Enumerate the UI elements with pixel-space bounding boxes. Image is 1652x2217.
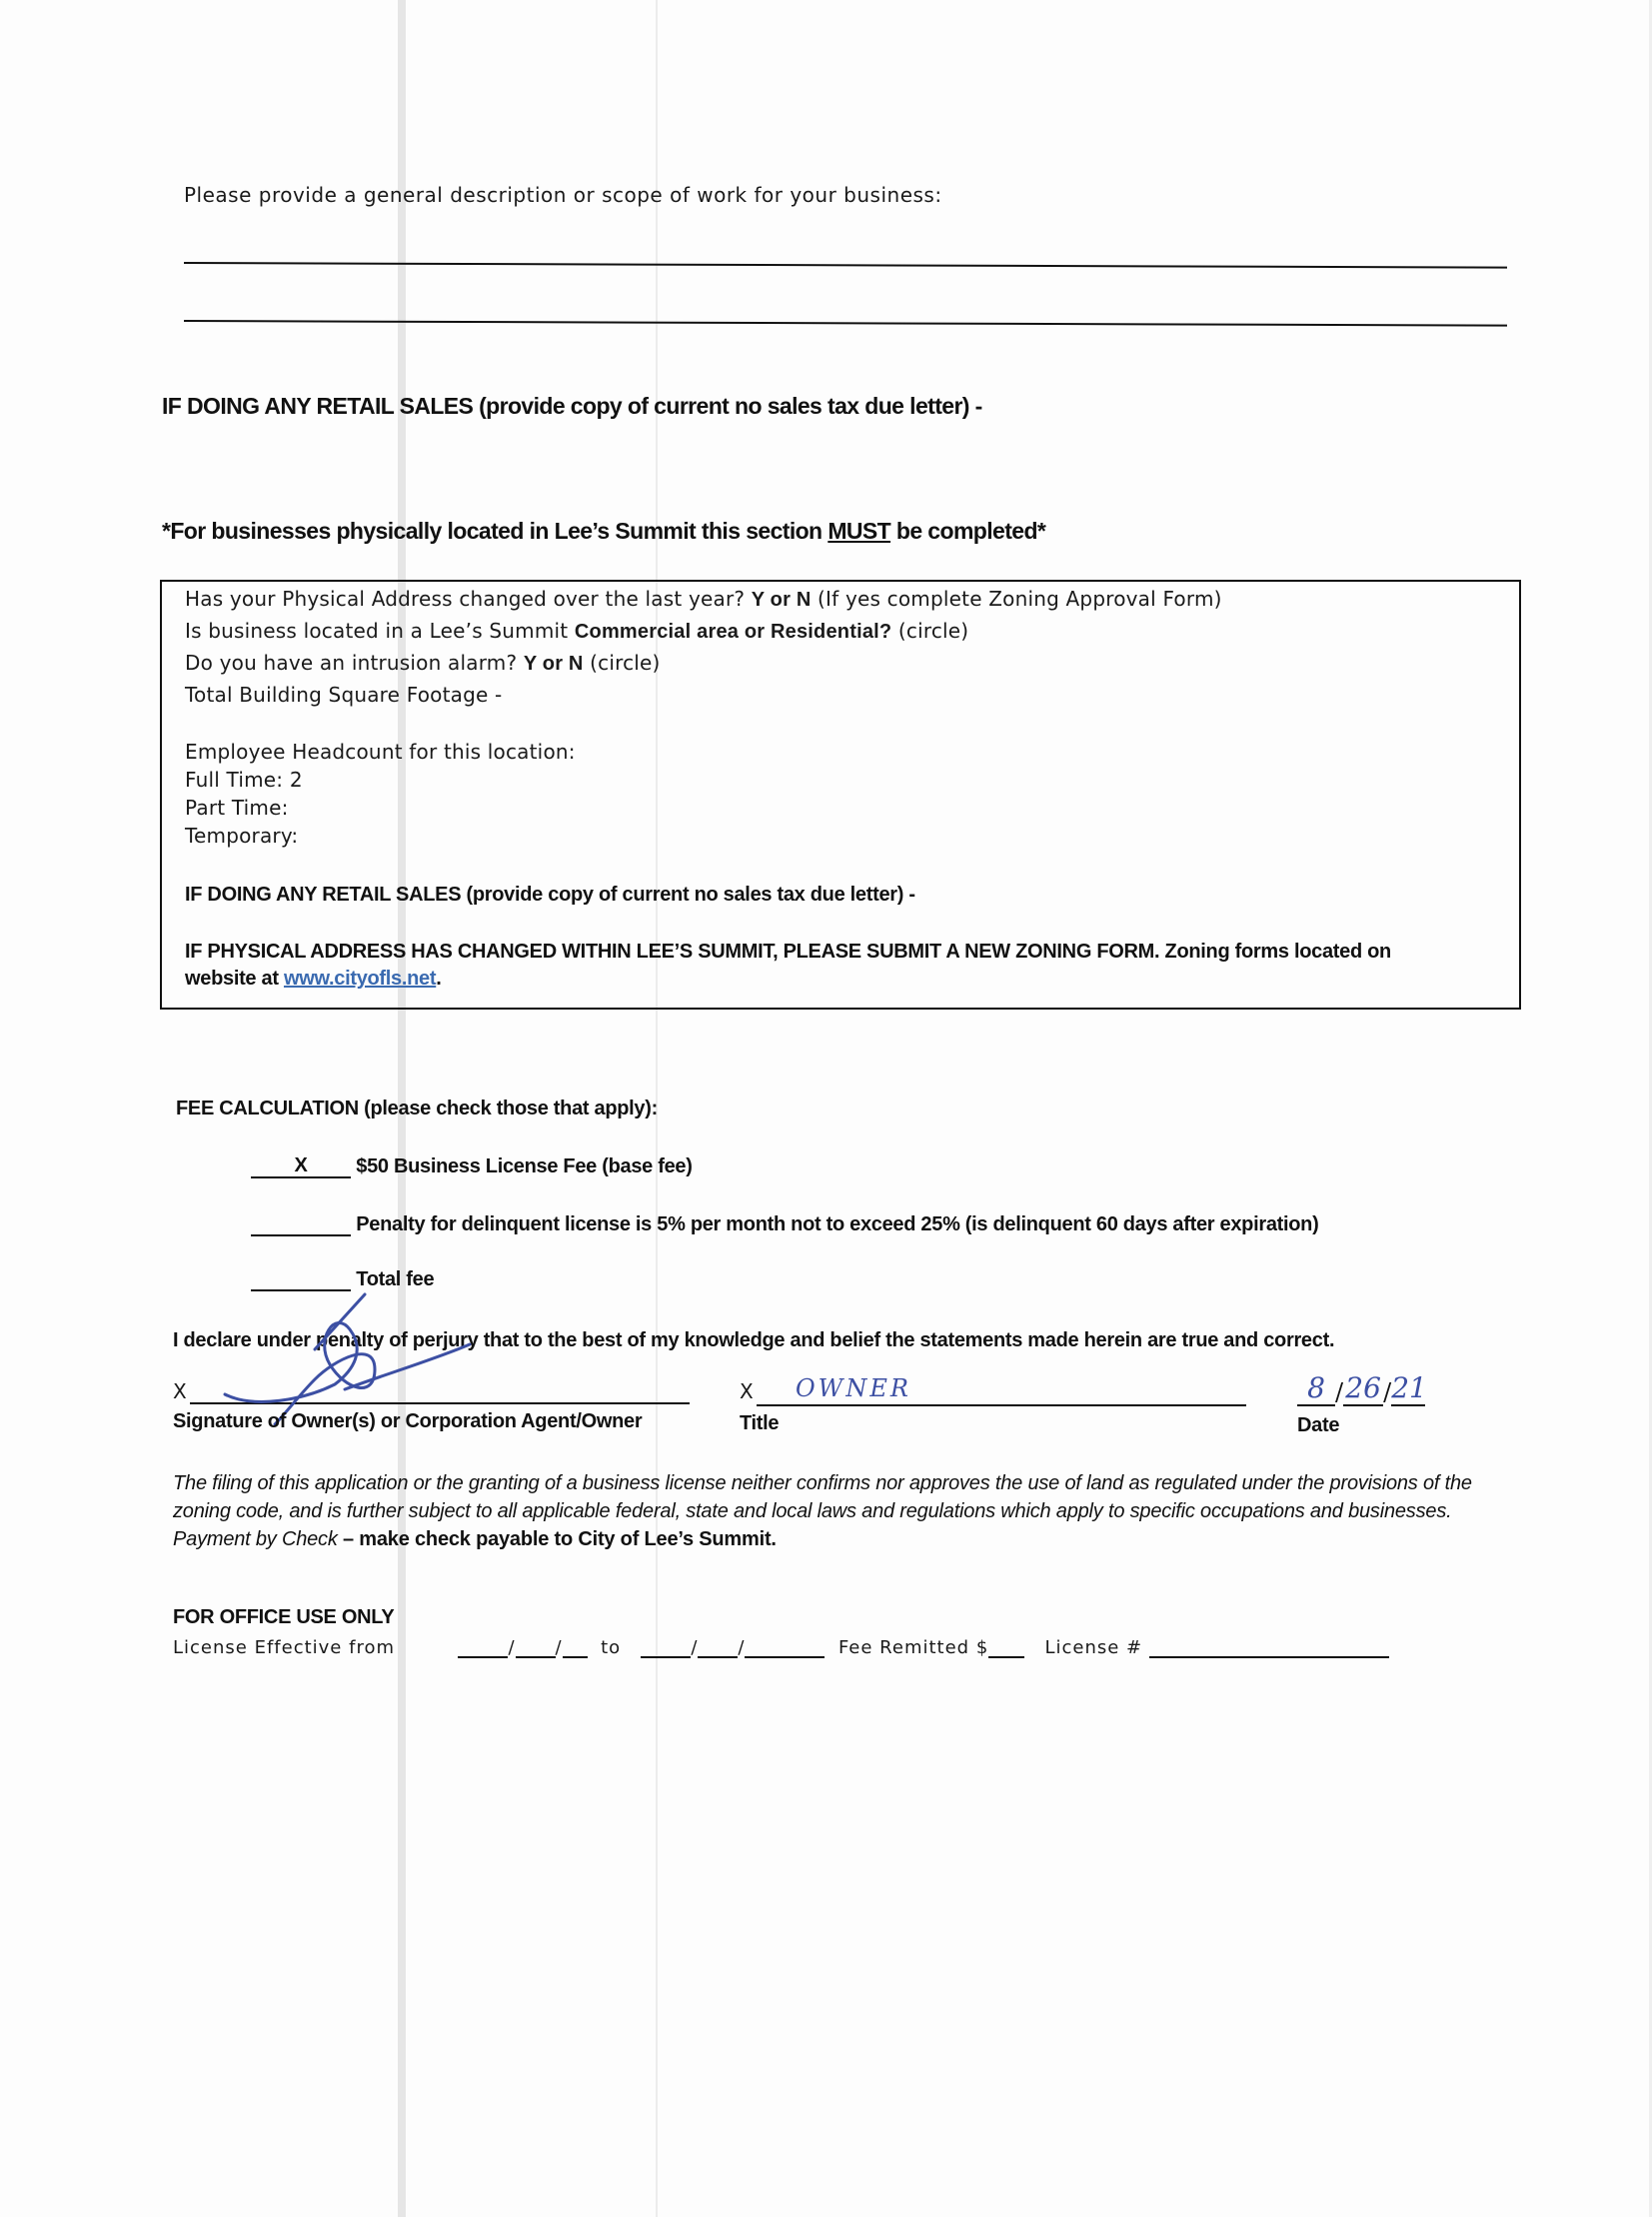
- must-emphasis: MUST: [827, 518, 890, 544]
- square-footage-label: Total Building Square Footage -: [185, 683, 502, 707]
- physical-section-heading: *For businesses physically located in Le…: [162, 518, 1045, 545]
- question-text: Do you have an intrusion alarm?: [185, 651, 524, 675]
- signature-x: X: [173, 1379, 187, 1403]
- office-use-heading: FOR OFFICE USE ONLY: [173, 1606, 394, 1629]
- full-time-field[interactable]: Full Time: 2: [185, 768, 303, 792]
- heading-text: *For businesses physically located in Le…: [162, 518, 827, 544]
- signature-label: Signature of Owner(s) or Corporation Age…: [173, 1410, 642, 1433]
- alarm-question: Do you have an intrusion alarm? Y or N (…: [185, 651, 661, 676]
- date-field[interactable]: 8 / 26 / 21: [1297, 1371, 1425, 1406]
- box-retail-note: IF DOING ANY RETAIL SALES (provide copy …: [185, 884, 915, 907]
- to-day[interactable]: [698, 1638, 738, 1658]
- fee-checkbox-base[interactable]: X: [251, 1154, 351, 1178]
- heading-text: be completed*: [890, 518, 1045, 544]
- location-type-options[interactable]: Commercial area or Residential?: [575, 621, 891, 643]
- full-time-label: Full Time:: [185, 768, 290, 792]
- title-label: Title: [740, 1412, 779, 1435]
- scope-line-2[interactable]: [184, 320, 1507, 327]
- date-year[interactable]: 21: [1391, 1371, 1425, 1406]
- fee-label: $50 Business License Fee (base fee): [356, 1155, 692, 1177]
- fee-label: Penalty for delinquent license is 5% per…: [356, 1213, 1318, 1235]
- from-day[interactable]: [516, 1638, 556, 1658]
- part-time-field[interactable]: Part Time:: [185, 796, 289, 820]
- date-label: Date: [1297, 1414, 1339, 1437]
- date-separator: /: [1383, 1378, 1391, 1406]
- office-use-row: License Effective from // to // Fee Remi…: [173, 1637, 1389, 1658]
- fee-checkbox-total[interactable]: [251, 1267, 351, 1291]
- to-month[interactable]: [641, 1638, 691, 1658]
- zoning-note-website: website at www.cityofls.net.: [185, 968, 442, 991]
- separator: /: [691, 1637, 698, 1658]
- separator: /: [738, 1637, 745, 1658]
- alarm-options[interactable]: Y or N: [524, 653, 584, 675]
- to-label: to: [601, 1637, 621, 1658]
- temporary-field[interactable]: Temporary:: [185, 824, 298, 848]
- full-time-value[interactable]: 2: [290, 768, 303, 792]
- square-footage-field[interactable]: Total Building Square Footage -: [185, 683, 502, 707]
- disclaimer: The filing of this application or the gr…: [173, 1469, 1492, 1553]
- fee-item-total: Total fee: [251, 1267, 434, 1291]
- temporary-label: Temporary:: [185, 824, 298, 848]
- address-changed-options[interactable]: Y or N: [752, 589, 812, 611]
- license-number-label: License #: [1044, 1637, 1142, 1658]
- zoning-note: IF PHYSICAL ADDRESS HAS CHANGED WITHIN L…: [185, 941, 1391, 964]
- address-changed-question: Has your Physical Address changed over t…: [185, 587, 1222, 612]
- scope-line-1[interactable]: [184, 262, 1507, 269]
- note-text: (If yes complete Zoning Approval Form): [812, 587, 1222, 611]
- separator: /: [508, 1637, 515, 1658]
- question-text: Has your Physical Address changed over t…: [185, 587, 752, 611]
- cityofls-link[interactable]: www.cityofls.net: [284, 968, 436, 990]
- location-type-question: Is business located in a Lee’s Summit Co…: [185, 619, 968, 644]
- website-prefix: website at: [185, 968, 284, 990]
- note-text: (circle): [891, 619, 968, 643]
- fee-item-penalty: Penalty for delinquent license is 5% per…: [251, 1212, 1318, 1236]
- title-line[interactable]: [757, 1404, 1246, 1406]
- separator: /: [556, 1637, 563, 1658]
- date-month[interactable]: 8: [1297, 1371, 1335, 1406]
- fee-checkbox-penalty[interactable]: [251, 1212, 351, 1236]
- date-day[interactable]: 26: [1343, 1371, 1383, 1406]
- fee-label: Total fee: [356, 1268, 434, 1290]
- to-year[interactable]: [745, 1638, 825, 1658]
- fee-item-base: X $50 Business License Fee (base fee): [251, 1154, 693, 1178]
- effective-label: License Effective from: [173, 1637, 395, 1658]
- question-text: Is business located in a Lee’s Summit: [185, 619, 575, 643]
- fee-calculation-heading: FEE CALCULATION (please check those that…: [176, 1098, 658, 1120]
- title-x: X: [740, 1379, 754, 1403]
- retail-heading: IF DOING ANY RETAIL SALES (provide copy …: [162, 393, 982, 420]
- headcount-title: Employee Headcount for this location:: [185, 740, 576, 764]
- part-time-label: Part Time:: [185, 796, 289, 820]
- from-year[interactable]: [563, 1638, 588, 1658]
- title-value[interactable]: OWNER: [796, 1374, 911, 1402]
- payment-instructions: – make check payable to City of Lee’s Su…: [343, 1528, 777, 1550]
- fee-remitted-field[interactable]: [988, 1638, 1024, 1658]
- fee-remitted-label: Fee Remitted $: [838, 1637, 988, 1658]
- note-text: (circle): [584, 651, 661, 675]
- license-number-field[interactable]: [1149, 1638, 1389, 1658]
- scope-prompt: Please provide a general description or …: [184, 183, 942, 207]
- from-month[interactable]: [458, 1638, 508, 1658]
- date-separator: /: [1335, 1378, 1343, 1406]
- website-suffix: .: [436, 968, 441, 990]
